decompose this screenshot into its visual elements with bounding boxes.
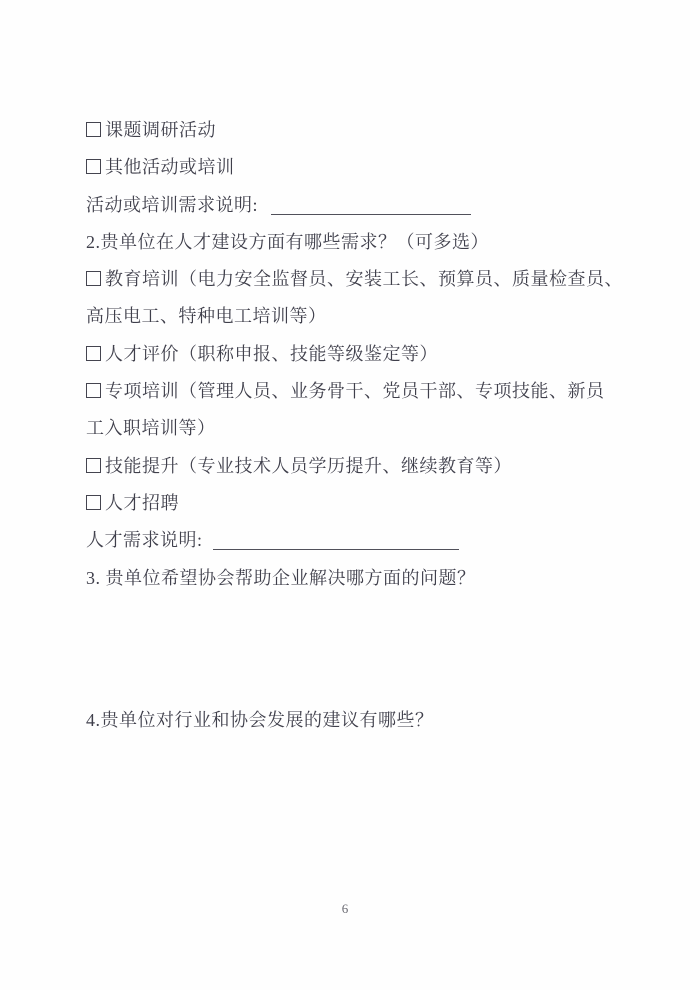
option-label: 技能提升（专业技术人员学历提升、继续教育等） — [105, 456, 512, 476]
question-text: 3. 贵单位希望协会帮助企业解决哪方面的问题？ — [86, 568, 476, 588]
question-2-title: 2.贵单位在人才建设方面有哪些需求？（可多选） — [86, 224, 616, 261]
checkbox-icon[interactable] — [86, 122, 101, 137]
fill-in-activity-demand: 活动或培训需求说明: — [86, 187, 616, 224]
question-text: 2.贵单位在人才建设方面有哪些需求？（可多选） — [86, 232, 489, 252]
checkbox-option-survey-activity: 课题调研活动 — [86, 112, 616, 149]
fill-in-talent-demand: 人才需求说明: — [86, 522, 616, 559]
option-label: 课题调研活动 — [105, 120, 216, 140]
checkbox-icon[interactable] — [86, 159, 101, 174]
checkbox-option-special-training: 专项培训（管理人员、业务骨干、党员干部、专项技能、新员 — [86, 373, 616, 410]
option-continuation-line: 高压电工、特种电工培训等） — [86, 298, 616, 335]
question-3-title: 3. 贵单位希望协会帮助企业解决哪方面的问题？ — [86, 560, 616, 597]
option-label: 教育培训（电力安全监督员、安装工长、预算员、质量检查员、 — [105, 269, 623, 289]
option-label-continued: 工入职培训等） — [86, 418, 216, 438]
question-4-title: 4.贵单位对行业和协会发展的建议有哪些？ — [86, 702, 616, 739]
document-page: 课题调研活动 其他活动或培训 活动或培训需求说明: 2.贵单位在人才建设方面有哪… — [0, 0, 700, 990]
option-label: 其他活动或培训 — [105, 157, 235, 177]
option-label-continued: 高压电工、特种电工培训等） — [86, 306, 327, 326]
fill-in-blank-line[interactable] — [213, 533, 459, 550]
page-number: 6 — [0, 901, 690, 917]
checkbox-icon[interactable] — [86, 383, 101, 398]
option-continuation-line: 工入职培训等） — [86, 410, 616, 447]
checkbox-option-education-training: 教育培训（电力安全监督员、安装工长、预算员、质量检查员、 — [86, 261, 616, 298]
checkbox-icon[interactable] — [86, 495, 101, 510]
checkbox-option-other-activity: 其他活动或培训 — [86, 149, 616, 186]
fill-in-label: 人才需求说明: — [86, 530, 203, 550]
checkbox-option-skill-upgrade: 技能提升（专业技术人员学历提升、继续教育等） — [86, 448, 616, 485]
checkbox-icon[interactable] — [86, 271, 101, 286]
option-label: 人才招聘 — [105, 493, 179, 513]
checkbox-option-talent-evaluation: 人才评价（职称申报、技能等级鉴定等） — [86, 336, 616, 373]
checkbox-icon[interactable] — [86, 458, 101, 473]
option-label: 人才评价（职称申报、技能等级鉴定等） — [105, 344, 438, 364]
question-text: 4.贵单位对行业和协会发展的建议有哪些？ — [86, 710, 434, 730]
questionnaire-body: 课题调研活动 其他活动或培训 活动或培训需求说明: 2.贵单位在人才建设方面有哪… — [86, 112, 616, 739]
option-label: 专项培训（管理人员、业务骨干、党员干部、专项技能、新员 — [105, 381, 605, 401]
checkbox-option-talent-recruitment: 人才招聘 — [86, 485, 616, 522]
checkbox-icon[interactable] — [86, 346, 101, 361]
fill-in-blank-line[interactable] — [271, 198, 471, 215]
fill-in-label: 活动或培训需求说明: — [86, 195, 258, 215]
